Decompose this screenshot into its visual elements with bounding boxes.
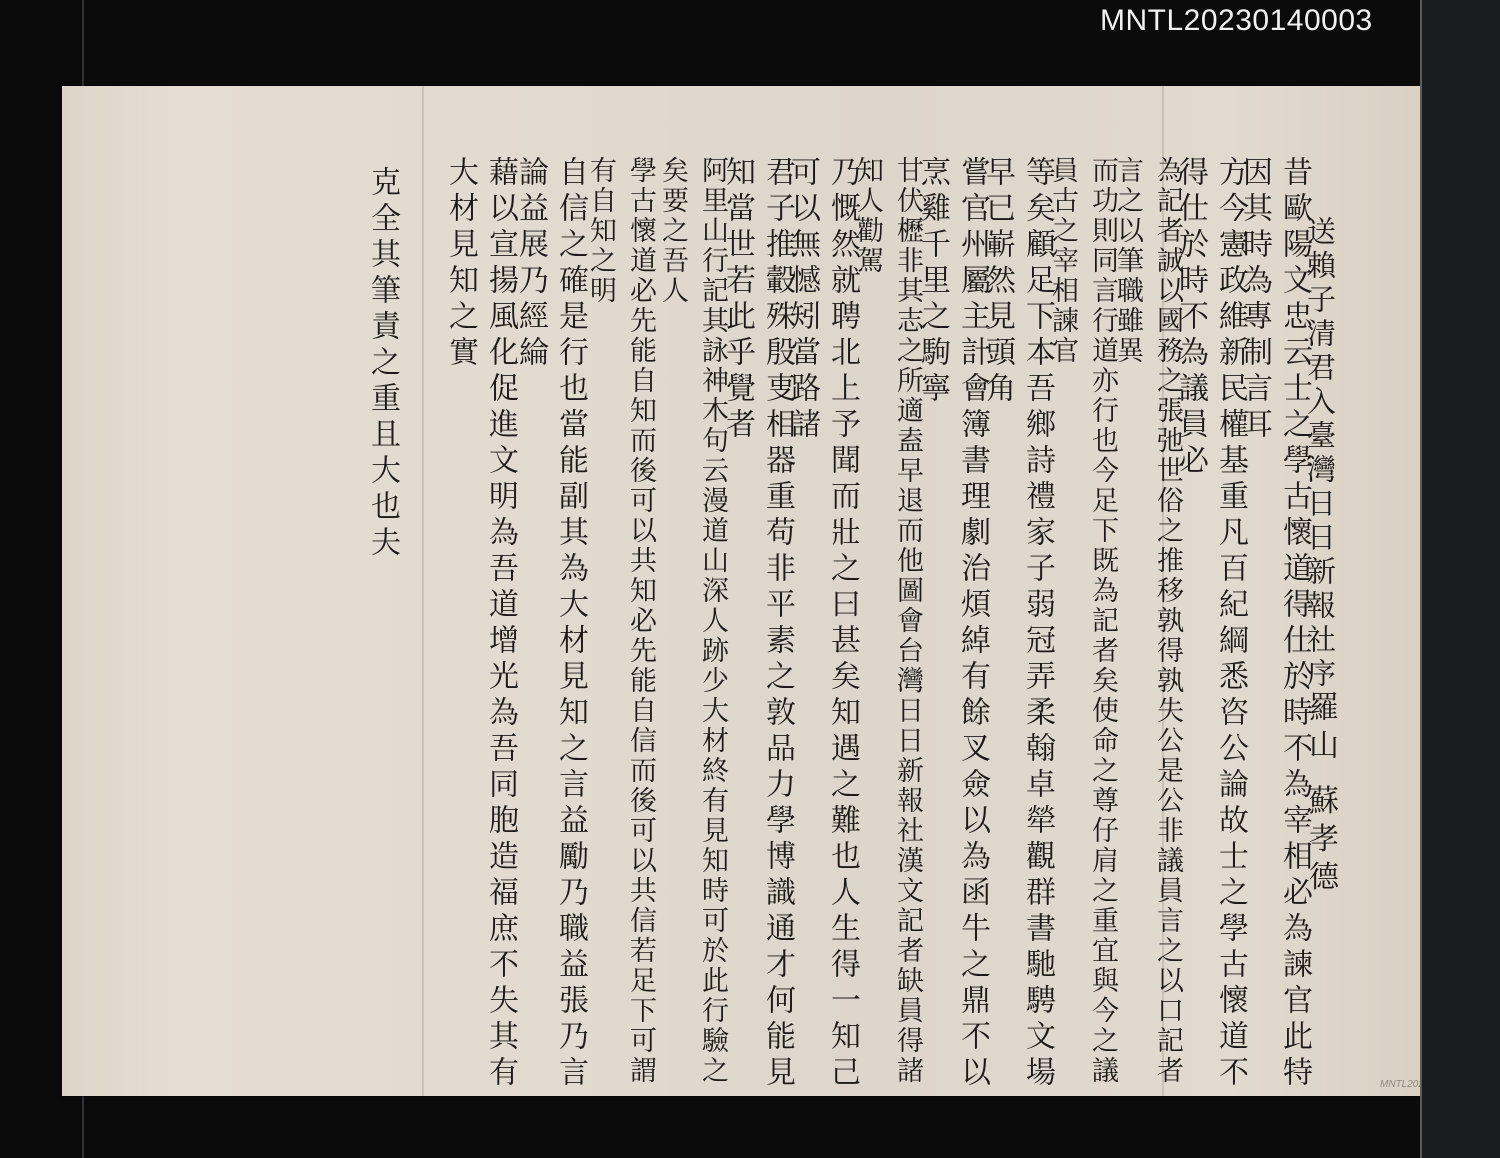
fold-line — [422, 86, 424, 1096]
glass-edge-right — [1420, 0, 1500, 1158]
text-column: 藉以宣揚風化促進文明為吾道增光為吾同胞造福庶不失其有大材見知之實 — [440, 156, 520, 1096]
text-column: 自信之確是行也當能副其為大材見知之言益勵乃職益張乃言論益展乃經綸 — [510, 156, 590, 1096]
catalog-id-label: MNTL20230140003 — [1100, 4, 1373, 38]
text-column: 學古懷道必先能自知而後可以共知必先能自信而後可以共信若足下可謂有自知之明 — [580, 156, 660, 1096]
document-sheet: 送賴子清君入臺灣日日新報社序 羅山 蘇孝德 昔歐陽文忠云士之學古懷道得仕於時不為… — [62, 86, 1436, 1096]
text-column: 克全其筆責之重且大也夫 — [362, 166, 402, 562]
text-column: 阿里山行記其詠神木句云漫道山深人跡少大材終有見知時可於此行驗之矣要之吾人 — [652, 156, 732, 1096]
